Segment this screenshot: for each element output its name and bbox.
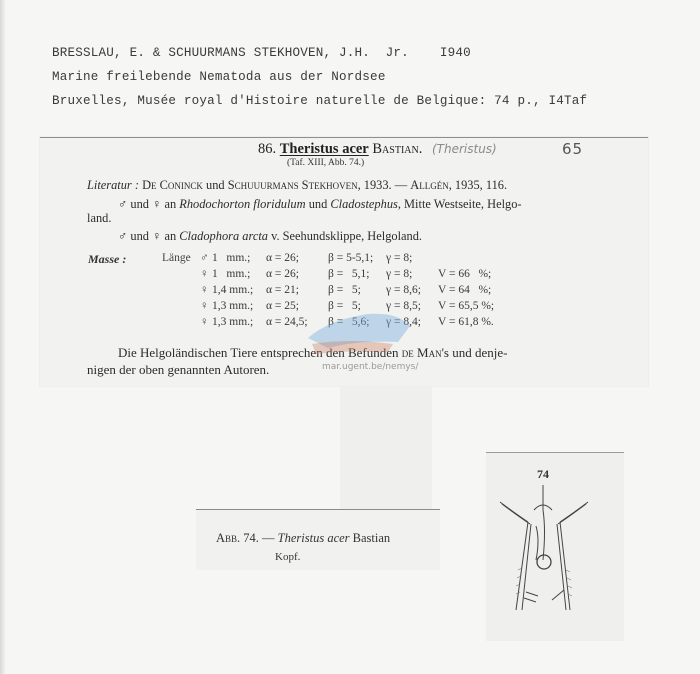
locality-conj: und	[306, 197, 331, 211]
measurement-beta: β = 5,1;	[328, 268, 386, 280]
handwritten-page-number: 65	[562, 140, 583, 158]
literature-line: Literatur : De Coninck und Schuuurmans S…	[87, 178, 507, 193]
length-label: Länge	[162, 252, 191, 264]
closing-text: Die Helgoländischen Tiere entsprechen de…	[118, 345, 402, 360]
measurement-length: 1,3 mm.;	[212, 316, 266, 328]
figure-caption-sub: Kopf.	[275, 551, 300, 563]
literature-author-2: Schuuurmans Stekhoven	[228, 178, 358, 192]
entry-author: Bastian.	[372, 141, 422, 157]
plate-reference: (Taf. XIII, Abb. 74.)	[287, 158, 364, 168]
scan-edge-shadow	[0, 0, 6, 674]
measurement-alpha: α = 26;	[266, 252, 328, 264]
measurement-length: 1,4 mm.;	[212, 284, 266, 296]
watermark-url: mar.ugent.be/nemys/	[322, 362, 418, 372]
locality-host: Cladophora arcta	[179, 229, 268, 243]
literature-conj: und	[203, 178, 228, 192]
caption-species: Theristus acer	[278, 531, 350, 545]
entry-heading: 86. Theristus acer Bastian. (Theristus)	[258, 141, 497, 158]
locality-1-continuation: land.	[87, 211, 111, 226]
measurement-alpha: α = 21;	[266, 284, 328, 296]
measurement-row: ♂1 mm.;α = 26;β = 5-5,1;γ = 8;	[200, 252, 518, 264]
locality-sexes: ♂ und ♀ an	[118, 197, 179, 211]
measurement-gamma: γ = 8,5;	[386, 300, 438, 312]
reference-publisher: Bruxelles, Musée royal d'Histoire nature…	[52, 94, 587, 108]
nematode-head-drawing-icon	[486, 480, 624, 630]
measurement-beta: β = 5-5,1;	[328, 252, 386, 264]
entry-number: 86.	[258, 141, 276, 157]
locality-place: , Mitte Westseite, Helgo-	[398, 197, 522, 211]
measurement-v: V = 61,8 %.	[438, 316, 518, 328]
literature-author-3: Allgén	[410, 178, 448, 192]
measurement-alpha: α = 25;	[266, 300, 328, 312]
measurement-beta: β = 5,6;	[328, 316, 386, 328]
closing-line-2: nigen der oben genannten Autoren.	[87, 362, 269, 378]
measurement-sex: ♂	[200, 252, 212, 264]
measurement-row: ♀1,4 mm.;α = 21;β = 5;γ = 8,6;V = 64 %;	[200, 284, 518, 296]
measurement-sex: ♀	[200, 284, 212, 296]
measurement-length: 1 mm.;	[212, 268, 266, 280]
reference-title: Marine freilebende Nematoda aus der Nord…	[52, 70, 386, 84]
measurement-gamma: γ = 8,4;	[386, 316, 438, 328]
locality-2: ♂ und ♀ an Cladophora arcta v. Seehundsk…	[118, 229, 422, 244]
measurement-beta: β = 5;	[328, 300, 386, 312]
closing-text: 's und denje-	[442, 345, 508, 360]
locality-1: ♂ und ♀ an Rhodochorton floridulum und C…	[118, 197, 522, 212]
literature-author-1: De Coninck	[142, 178, 203, 192]
literature-year-1: , 1933. —	[358, 178, 411, 192]
caption-author: Bastian	[350, 531, 391, 545]
measurement-gamma: γ = 8,6;	[386, 284, 438, 296]
locality-host: Cladostephus	[330, 197, 397, 211]
measurement-gamma: γ = 8;	[386, 252, 438, 264]
measurement-gamma: γ = 8;	[386, 268, 438, 280]
handwritten-note: (Theristus)	[432, 142, 497, 156]
measurement-length: 1 mm.;	[212, 252, 266, 264]
measurement-length: 1,3 mm.;	[212, 300, 266, 312]
entry-species: Theristus acer	[280, 141, 369, 157]
caption-prefix: Abb. 74. —	[216, 531, 278, 545]
measurement-row: ♀1 mm.;α = 26;β = 5,1;γ = 8;V = 66 %;	[200, 268, 518, 280]
closing-line-1: Die Helgoländischen Tiere entsprechen de…	[118, 345, 507, 361]
locality-place: v. Seehundsklippe, Helgoland.	[268, 229, 422, 243]
locality-sexes: ♂ und ♀ an	[118, 229, 179, 243]
measurement-v: V = 64 %;	[438, 284, 518, 296]
measurement-sex: ♀	[200, 316, 212, 328]
measurement-beta: β = 5;	[328, 284, 386, 296]
measurement-v: V = 66 %;	[438, 268, 518, 280]
paper-patch	[340, 387, 432, 510]
measurement-sex: ♀	[200, 268, 212, 280]
measurement-alpha: α = 26;	[266, 268, 328, 280]
measurements-label: Masse :	[88, 252, 126, 267]
measurement-sex: ♀	[200, 300, 212, 312]
measurement-row: ♀1,3 mm.;α = 25;β = 5;γ = 8,5;V = 65,5 %…	[200, 300, 518, 312]
reference-authors: BRESSLAU, E. & SCHUURMANS STEKHOVEN, J.H…	[52, 46, 471, 60]
locality-host: Rhodochorton floridulum	[179, 197, 305, 211]
closing-author: de Man	[402, 345, 442, 360]
literature-year-2: , 1935, 116.	[449, 178, 507, 192]
measurement-v: V = 65,5 %;	[438, 300, 518, 312]
literature-label: Literatur :	[87, 178, 139, 192]
measurement-row: ♀1,3 mm.;α = 24,5;β = 5,6;γ = 8,4;V = 61…	[200, 316, 518, 328]
figure-caption: Abb. 74. — Theristus acer Bastian	[216, 531, 390, 546]
measurement-alpha: α = 24,5;	[266, 316, 328, 328]
